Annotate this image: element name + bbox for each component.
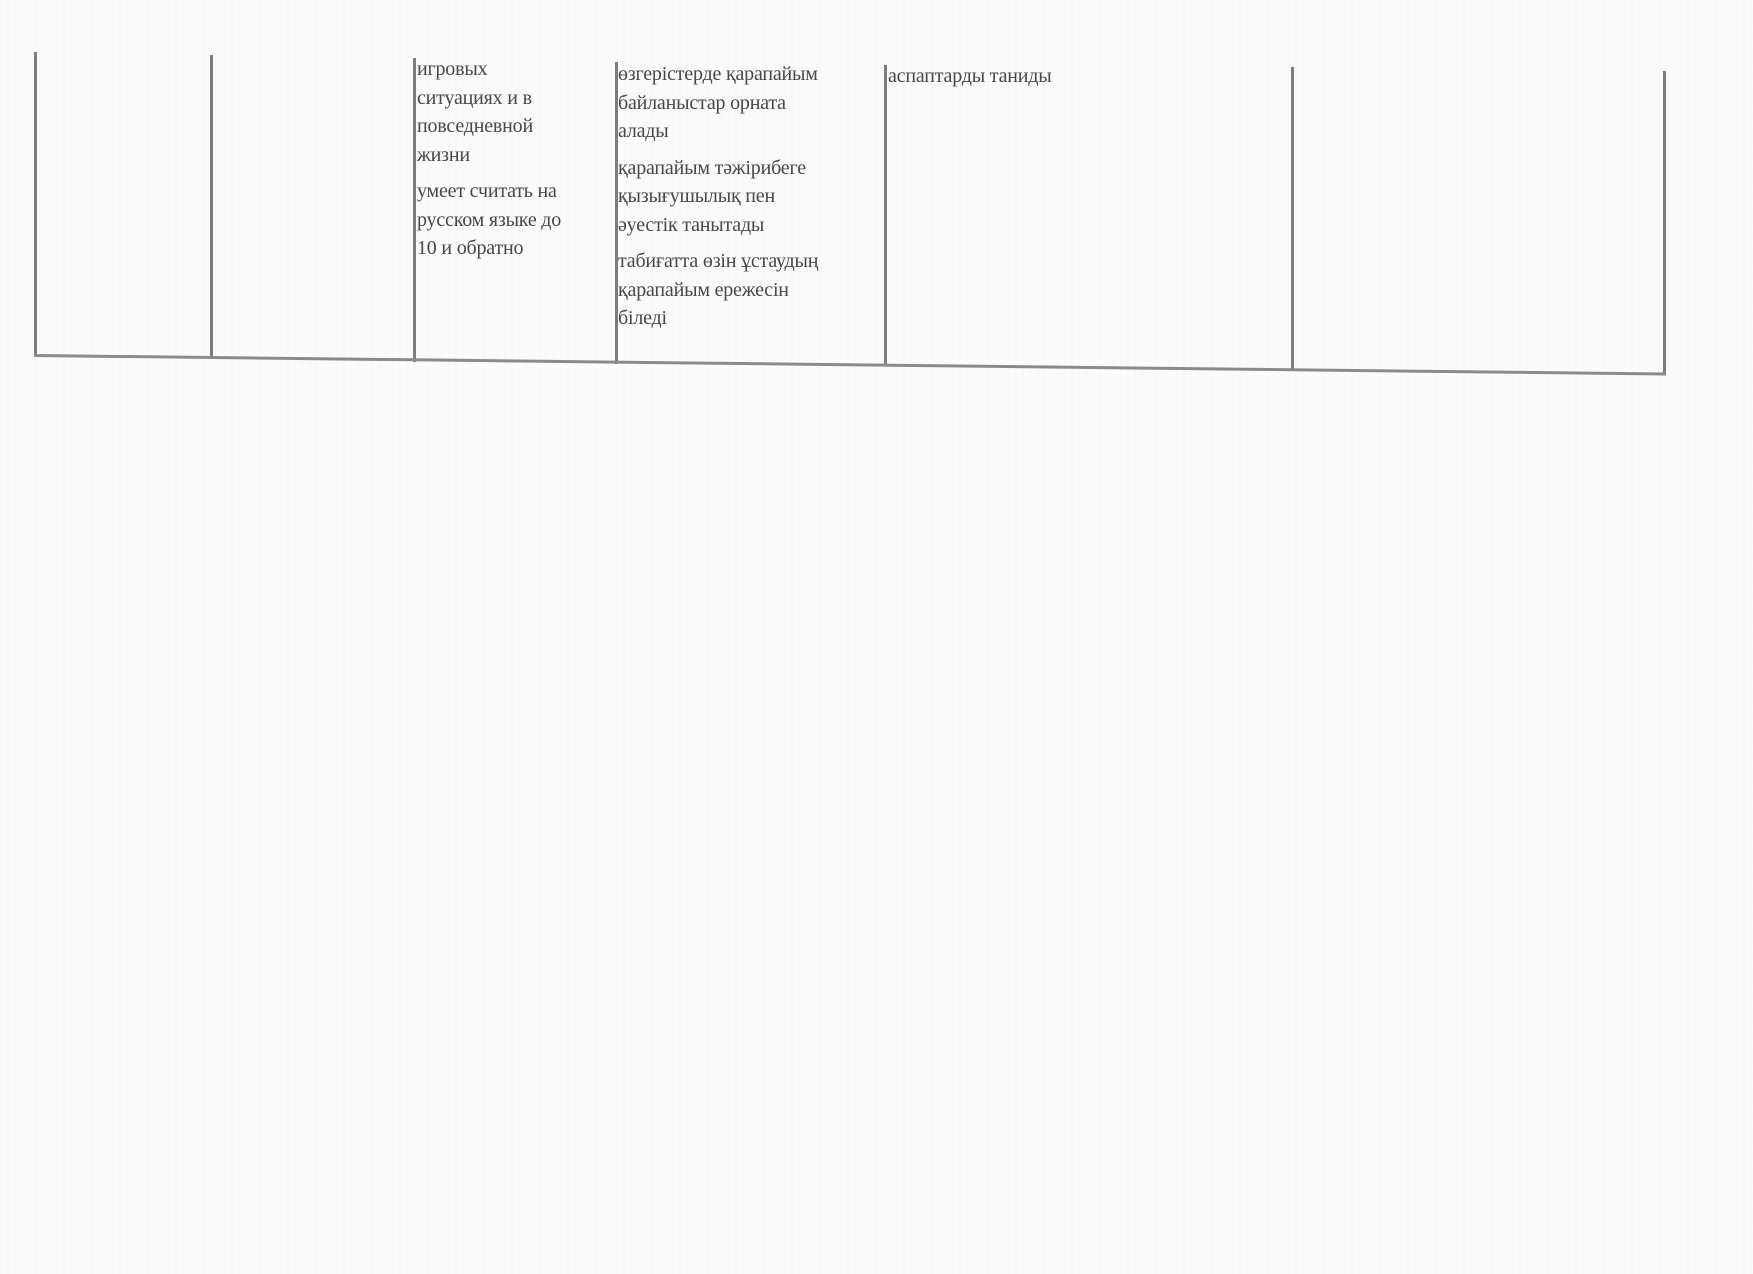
table-border-right	[1663, 71, 1666, 374]
table-cell-col3: игровых ситуациях и в повседневной жизни…	[417, 55, 561, 271]
cell-paragraph: өзгерістерде қарапайым байланыстар орнат…	[618, 60, 818, 146]
text-line: табиғатта өзін ұстаудың	[618, 247, 818, 276]
scanned-page-background	[0, 0, 1753, 1274]
text-line: қарапайым тәжірибеге	[618, 154, 818, 183]
text-line: жизни	[417, 141, 561, 170]
column-divider-2	[413, 58, 416, 362]
text-line: аспаптарды таниды	[888, 62, 1051, 91]
column-divider-4	[884, 65, 887, 366]
text-line: повседневной	[417, 112, 561, 141]
text-line: 10 и обратно	[417, 234, 561, 263]
cell-paragraph: табиғатта өзін ұстаудың қарапайым ережес…	[618, 247, 818, 333]
text-line: игровых	[417, 55, 561, 84]
text-line: біледі	[618, 304, 818, 333]
cell-paragraph: қарапайым тәжірибеге қызығушылық пен әуе…	[618, 154, 818, 240]
text-line: русском языке до	[417, 206, 561, 235]
text-line: өзгерістерде қарапайым	[618, 60, 818, 89]
text-line: әуестік танытады	[618, 211, 818, 240]
column-divider-1	[210, 55, 213, 359]
table-cell-col5: аспаптарды таниды	[888, 62, 1051, 99]
text-line: байланыстар орната	[618, 89, 818, 118]
text-line: қарапайым ережесін	[618, 276, 818, 305]
table-cell-col4: өзгерістерде қарапайым байланыстар орнат…	[618, 60, 818, 341]
table-border-left	[34, 52, 37, 357]
column-divider-5	[1291, 67, 1294, 369]
cell-paragraph: аспаптарды таниды	[888, 62, 1051, 91]
text-line: умеет считать на	[417, 177, 561, 206]
text-line: алады	[618, 117, 818, 146]
text-line: қызығушылық пен	[618, 182, 818, 211]
cell-paragraph: умеет считать на русском языке до 10 и о…	[417, 177, 561, 263]
cell-paragraph: игровых ситуациях и в повседневной жизни	[417, 55, 561, 169]
text-line: ситуациях и в	[417, 84, 561, 113]
